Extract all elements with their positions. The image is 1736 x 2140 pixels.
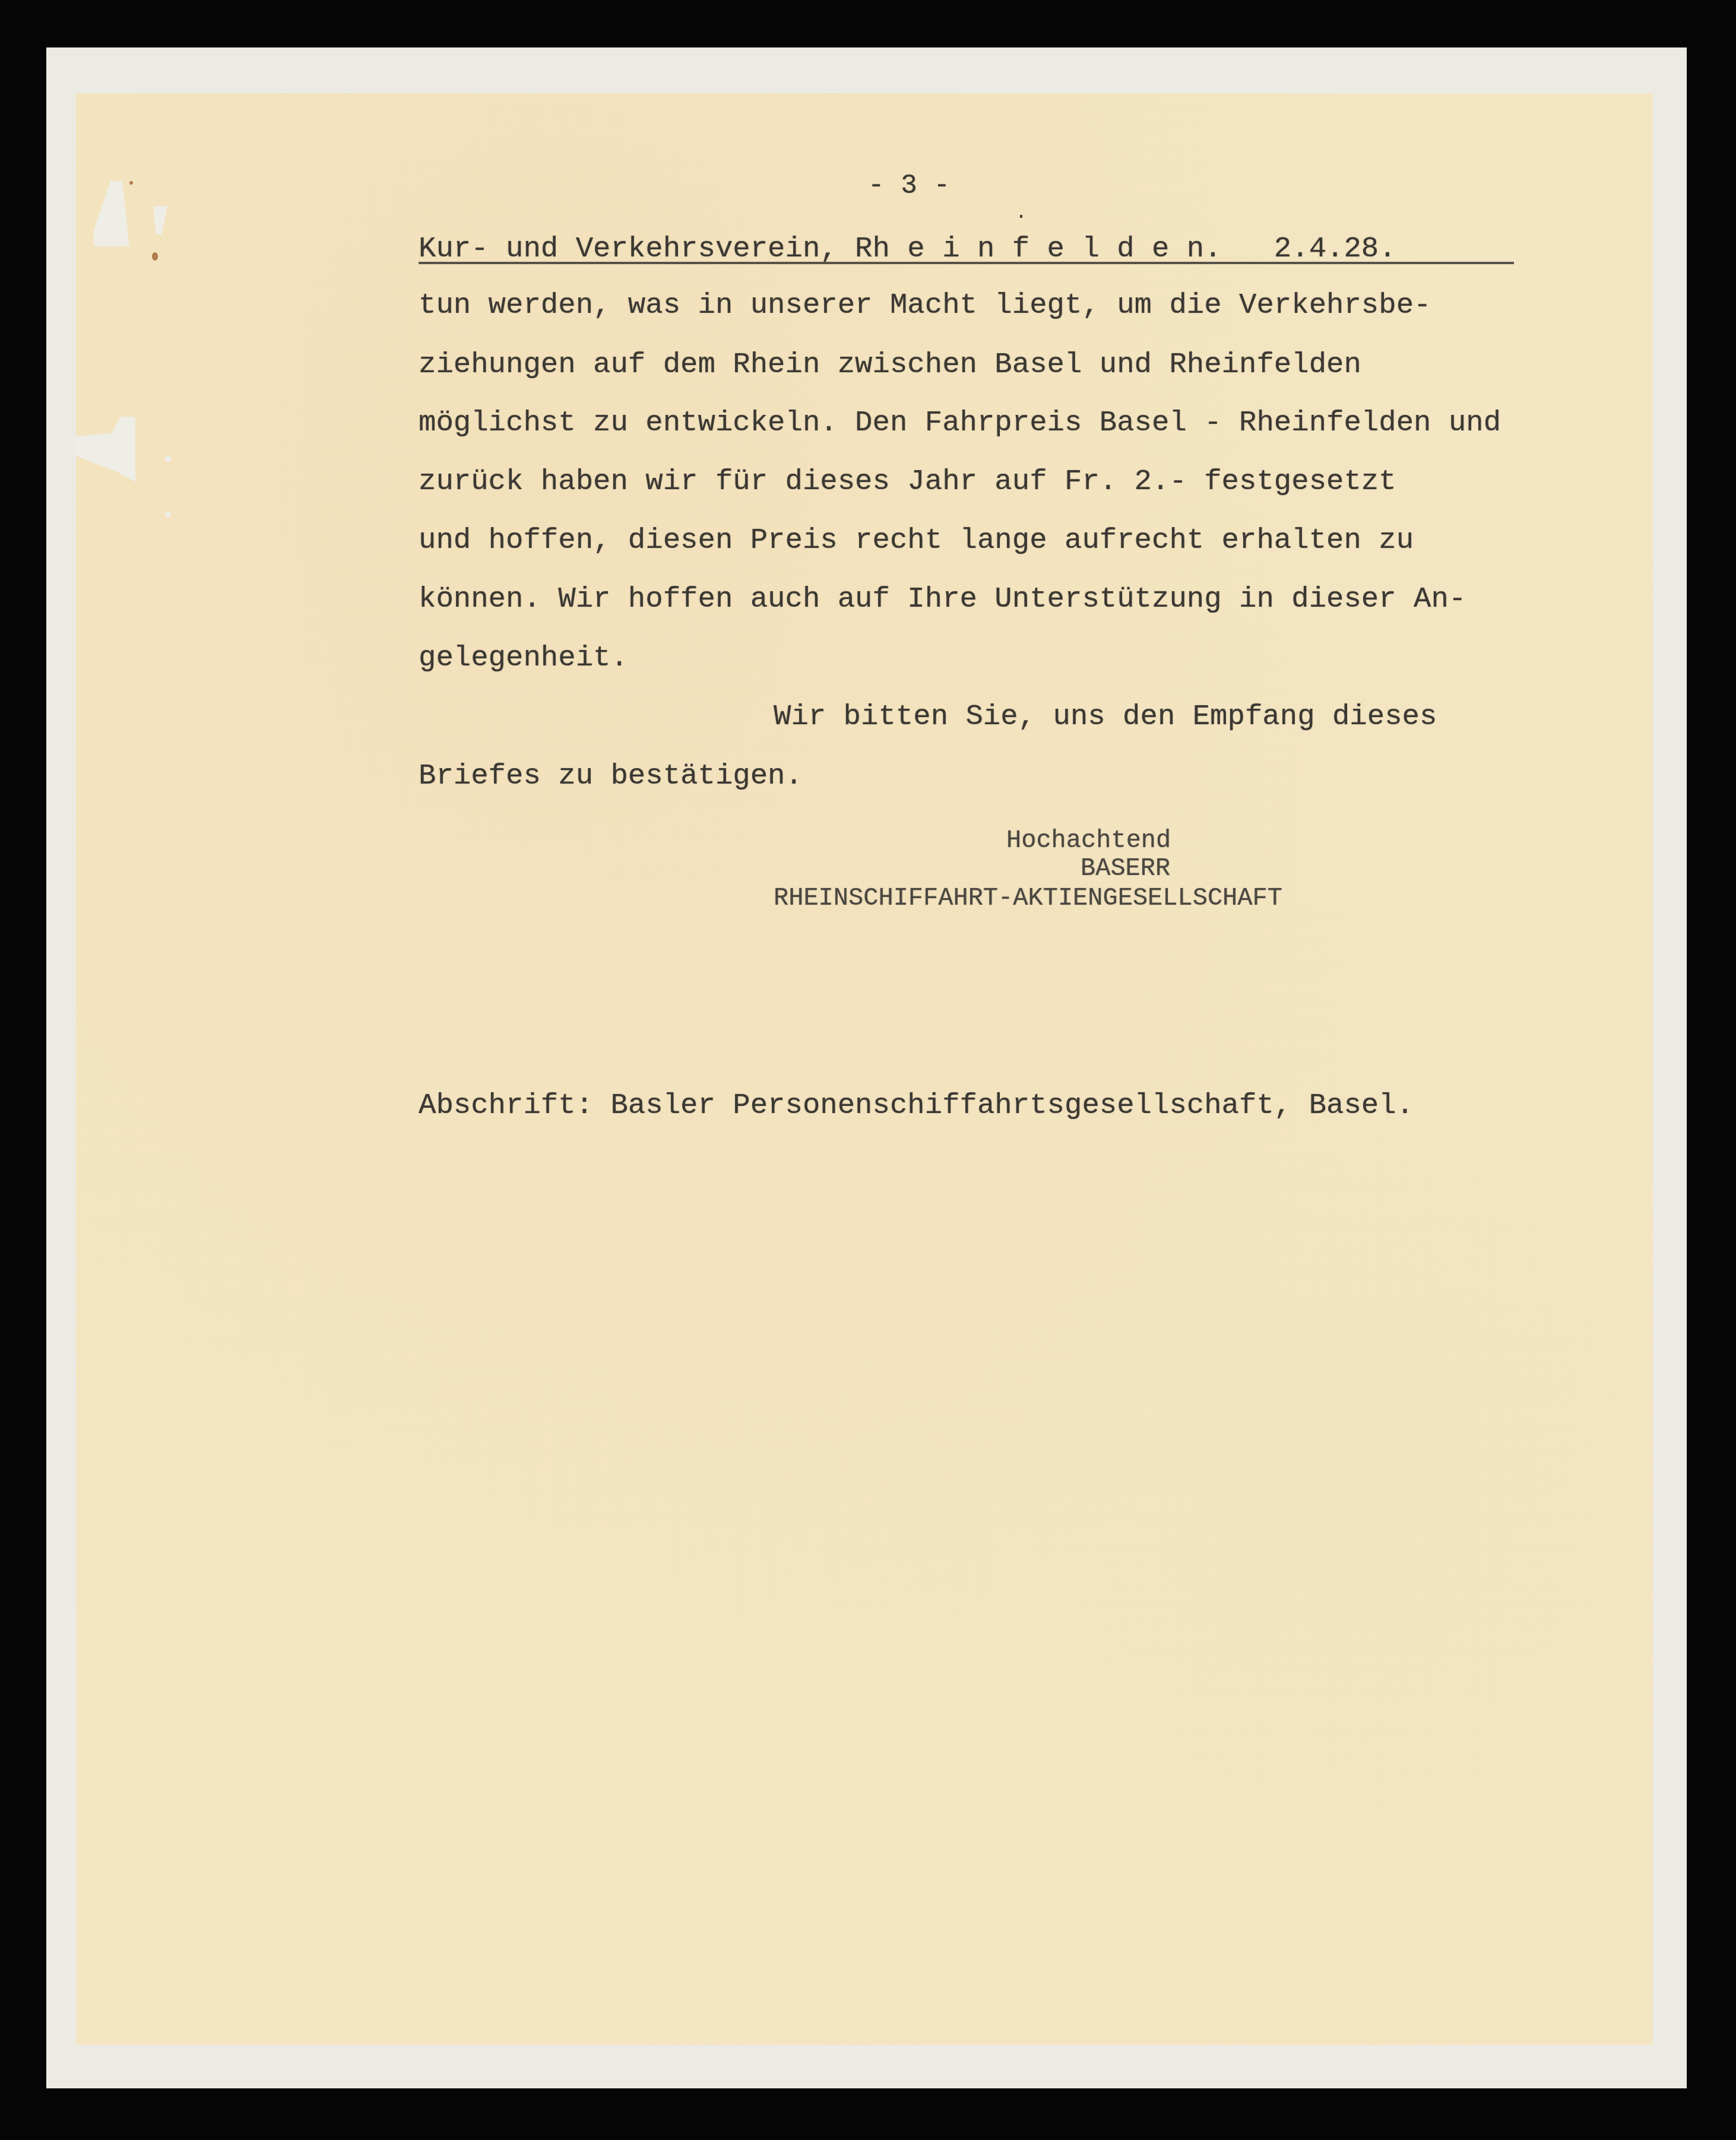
body-line: zurück haben wir für dieses Jahr auf Fr.… <box>419 467 1396 496</box>
paper-loss-upper <box>94 181 141 246</box>
body-line: ziehungen auf dem Rhein zwischen Basel u… <box>419 350 1361 379</box>
copy-note: Abschrift: Basler Personenschiffahrtsges… <box>419 1091 1414 1120</box>
heading-underline <box>419 262 1514 264</box>
rust-stain <box>152 252 158 261</box>
signature-salutation: Hochachtend <box>1006 828 1171 853</box>
closing-line: Wir bitten Sie, uns den Empfang dieses <box>774 702 1437 731</box>
page-number: - 3 - <box>868 172 950 199</box>
signature-company-line-2: RHEINSCHIFFAHRT-AKTIENGESELLSCHAFT <box>774 886 1282 911</box>
paper-loss-lower <box>76 417 135 482</box>
body-line: können. Wir hoffen auch auf Ihre Unterst… <box>419 585 1466 614</box>
body-line: möglichst zu entwickeln. Den Fahrpreis B… <box>419 408 1501 437</box>
letter-heading: Kur- und Verkehrsverein, Rh e i n f e l … <box>419 234 1396 264</box>
rust-stain-small <box>129 181 133 185</box>
body-line: tun werden, was in unserer Macht liegt, … <box>419 291 1431 320</box>
signature-company-line-1: BASERR <box>1081 856 1170 881</box>
letter-page <box>76 93 1653 2045</box>
paper-loss-dot <box>165 512 171 518</box>
body-line: und hoffen, diesen Preis recht lange auf… <box>419 526 1414 555</box>
addressee: Kur- und Verkehrsverein, Rh e i n f e l … <box>419 232 1222 265</box>
stray-ink-mark <box>1020 215 1022 218</box>
paper-loss-upper-small <box>153 206 167 234</box>
body-line: gelegenheit. <box>419 643 628 673</box>
letter-date: 2.4.28. <box>1274 232 1396 265</box>
paper-loss-dot-2 <box>165 455 171 462</box>
closing-line: Briefes zu bestätigen. <box>419 762 803 791</box>
